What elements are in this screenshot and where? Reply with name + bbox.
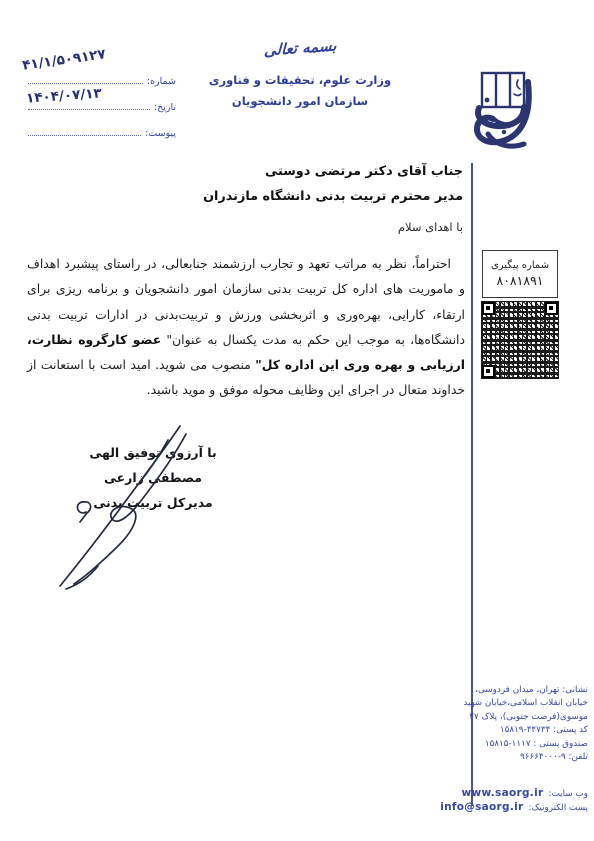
address-line: موسوی(فرصت جنوبی)، پلاک ۲۷	[456, 711, 588, 724]
recipient-name: جناب آقای دکتر مرتضی دوستی	[203, 159, 463, 184]
qr-code	[481, 301, 559, 379]
number-dotted-line	[28, 83, 143, 84]
phone-row: تلفن: ۹۶۶۶۴۰۰۰-۹	[456, 751, 588, 764]
po-box-row: صندوق پستی : ۱۵۸۱۵-۱۱۱۷	[456, 738, 588, 751]
address-line: نشانی: تهران، میدان فردوسی،	[456, 684, 588, 697]
qr-finder-icon	[482, 365, 495, 378]
meta-row-attachment: پیوست:	[20, 114, 176, 140]
recipient-title: مدیر محترم تربیت بدنی دانشگاه مازندران	[203, 184, 463, 209]
signatory-title: مدیرکل تربیت بدنی	[84, 490, 222, 515]
date-dotted-line	[28, 109, 150, 110]
qr-finder-icon	[482, 302, 495, 315]
tracking-label: شماره پیگیری	[491, 260, 549, 271]
tracking-number: ۸۰۸۱۸۹۱	[497, 273, 544, 288]
postal-code-label: کد پستی:	[553, 725, 588, 735]
salutation: با اهدای سلام	[203, 220, 463, 234]
tracking-number-box: شماره پیگیری ۸۰۸۱۸۹۱	[482, 250, 558, 298]
besmellah-calligraphy: بسمه تعالی	[263, 36, 336, 59]
saorg-logo-icon	[464, 70, 542, 166]
organization-name: سازمان امور دانشجویان	[150, 94, 450, 108]
attachment-label: پیوست:	[145, 128, 176, 140]
email-address: info@saorg.ir	[440, 801, 523, 813]
phone-label: تلفن:	[569, 752, 588, 762]
signature-block: با آرزوی توفیق الهی مصطفی زارعی مدیرکل ت…	[84, 440, 222, 515]
signatory-name: مصطفی زارعی	[84, 465, 222, 490]
ministry-name: وزارت علوم، تحقیقات و فناوری	[150, 73, 450, 87]
postal-code-value: ۱۵۸۱۹-۴۴۷۳۴	[500, 724, 550, 737]
letter-page: شماره: تاریخ: پیوست: ۴۱/۱/۵۰۹۱۲۷ ۱۴۰۴/۰۷…	[0, 0, 594, 841]
letterhead: بسمه تعالی وزارت علوم، تحقیقات و فناوری …	[150, 38, 450, 108]
footer-address: نشانی: تهران، میدان فردوسی، خیابان انقلا…	[456, 684, 588, 764]
qr-finder-icon	[545, 302, 558, 315]
signature-blessing: با آرزوی توفیق الهی	[84, 440, 222, 465]
phone-value: ۹۶۶۶۴۰۰۰-۹	[520, 751, 566, 764]
po-box-value: ۱۵۸۱۵-۱۱۱۷	[485, 738, 531, 751]
letter-body-paragraph: احتراماً، نظر به مراتب تعهد و تجارب ارزش…	[27, 251, 465, 403]
email-label: پست الکترونیک:	[529, 803, 588, 813]
email-row: پست الکترونیک: info@saorg.ir	[438, 795, 588, 814]
po-box-label: صندوق پستی :	[533, 739, 588, 749]
address-line: خیابان انقلاب اسلامی،خیابان شهید	[456, 697, 588, 710]
recipient-block: جناب آقای دکتر مرتضی دوستی مدیر محترم تر…	[203, 159, 463, 234]
postal-code-row: کد پستی: ۱۵۸۱۹-۴۴۷۳۴	[456, 724, 588, 737]
attachment-dotted-line	[28, 135, 141, 136]
